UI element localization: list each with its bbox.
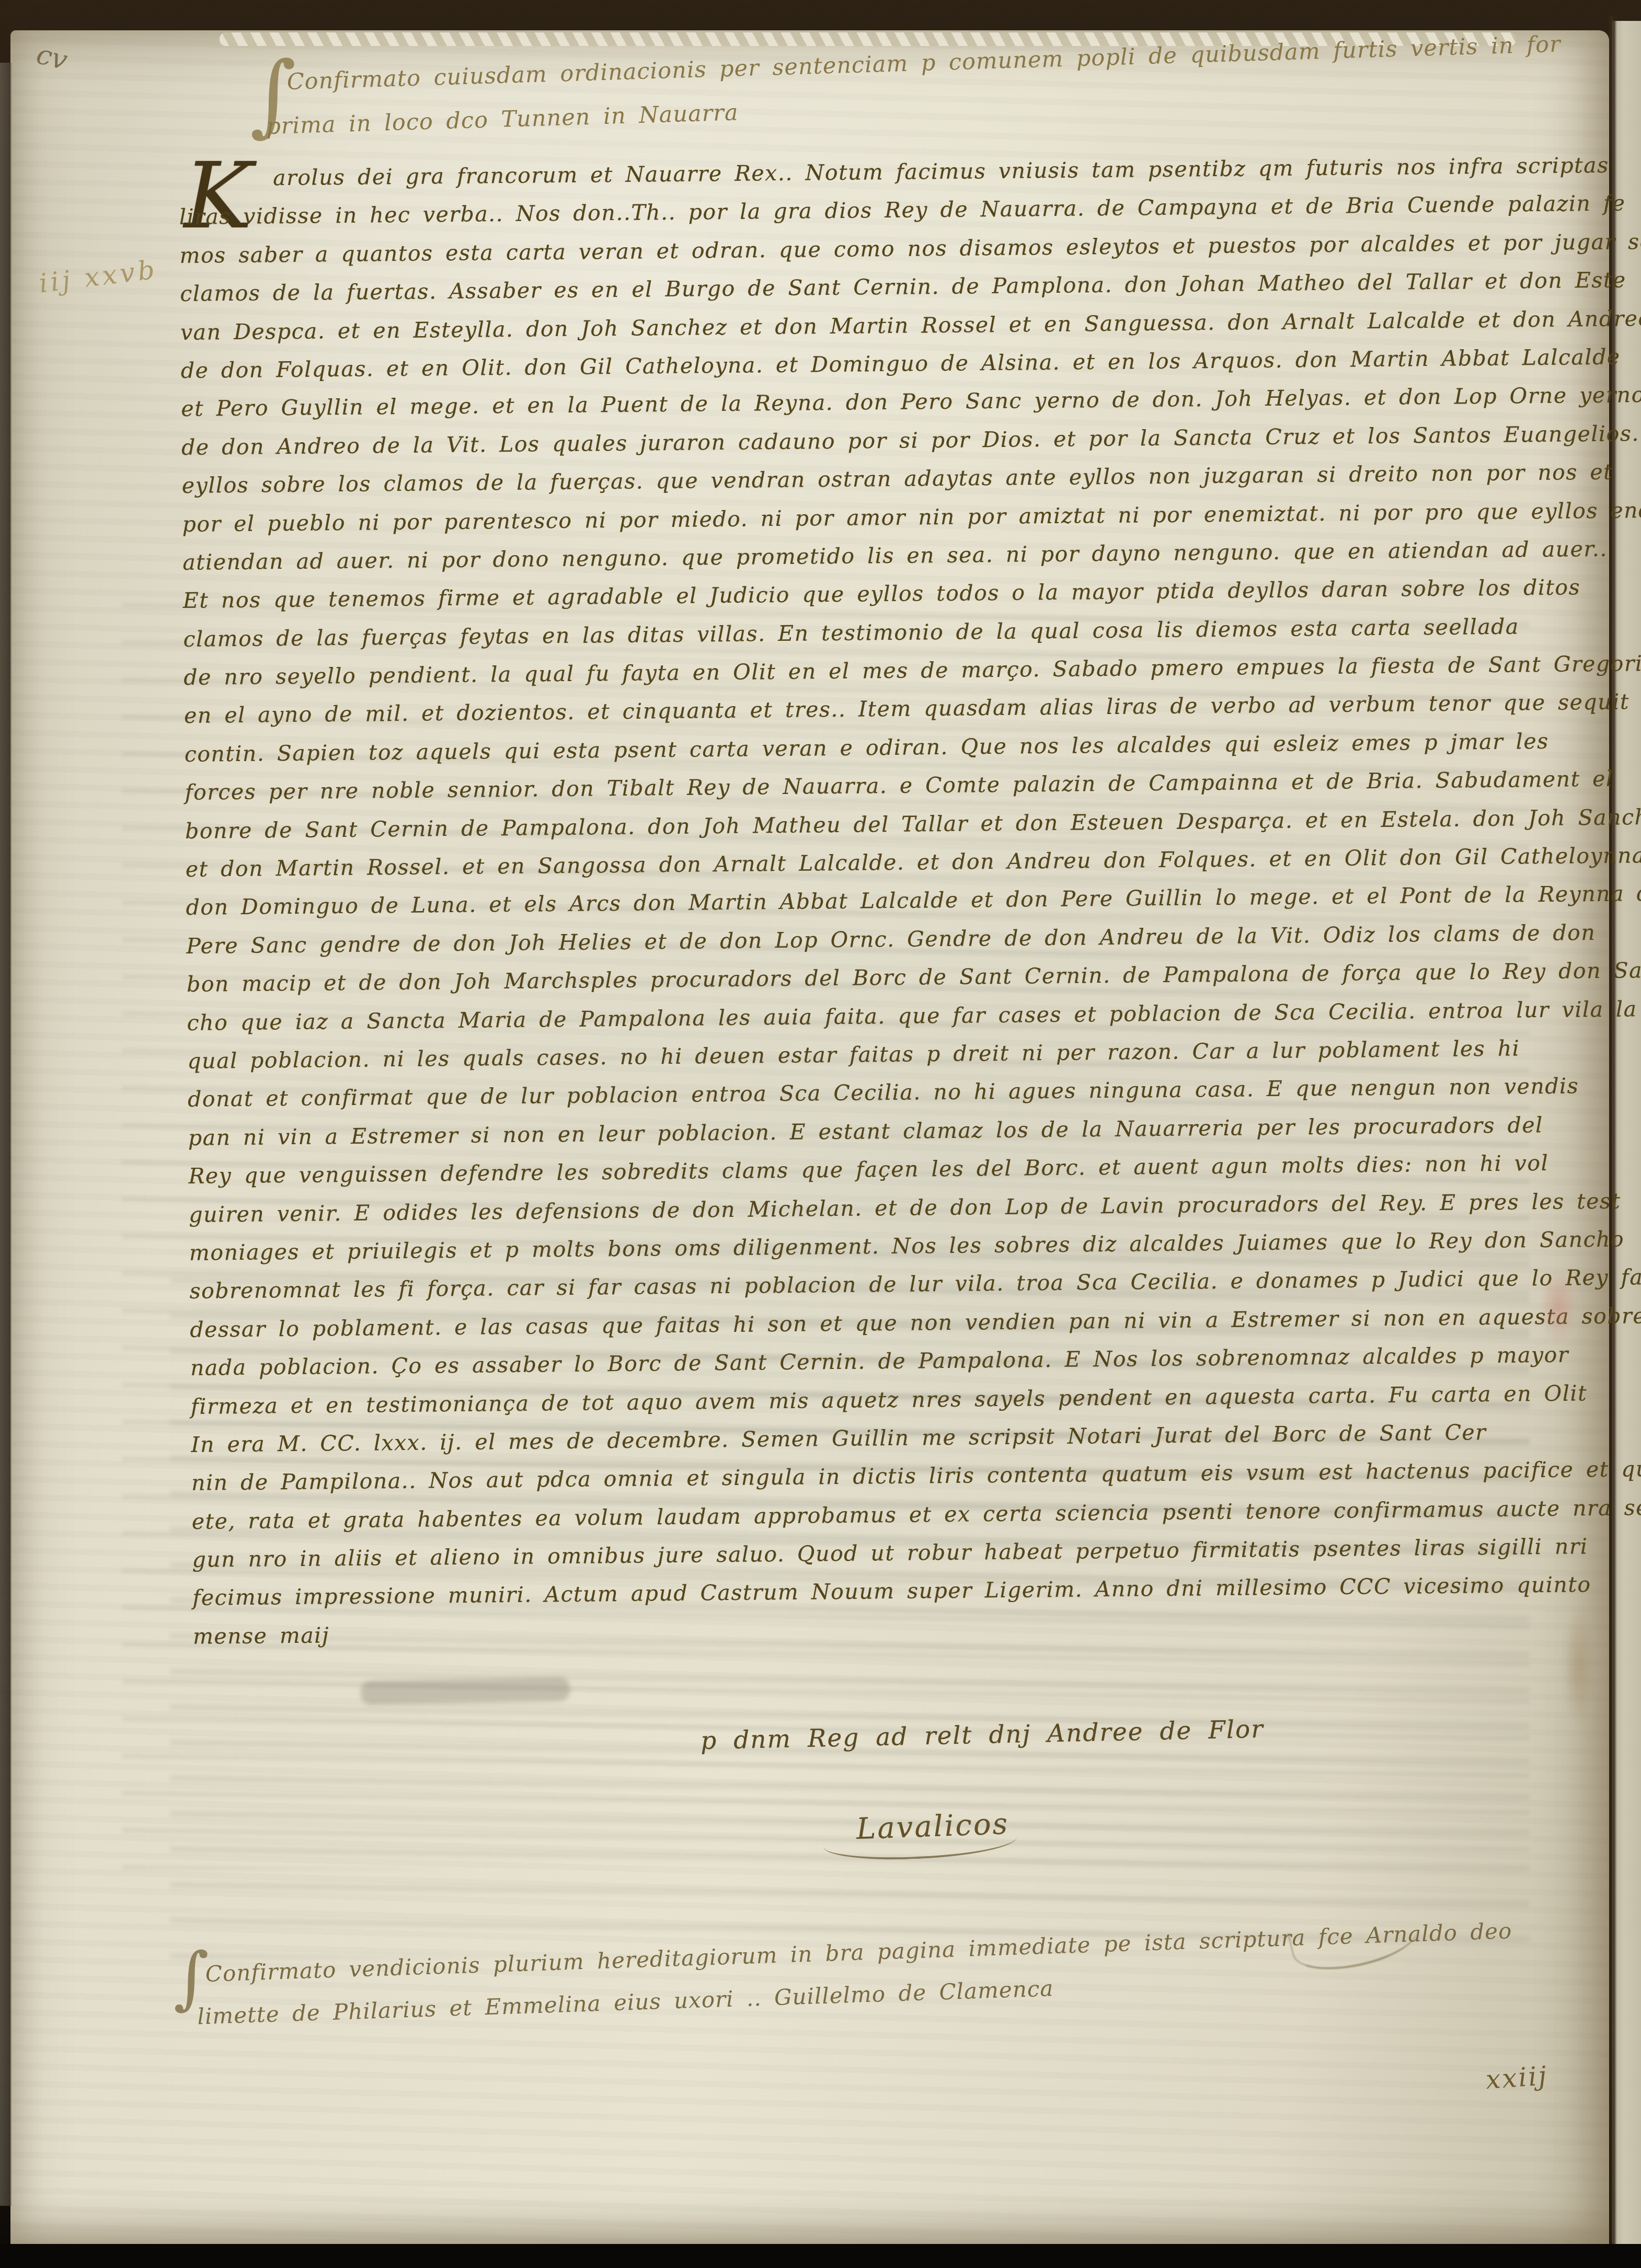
- pink-stain: [1540, 1270, 1577, 1343]
- paraph-icon-bottom: ∫: [174, 1943, 209, 2011]
- erasure-smudge: [361, 1677, 570, 1705]
- scan-bottom-strip: [0, 2244, 1641, 2268]
- brown-stain: [1563, 1610, 1594, 1725]
- folio-number: xxiij: [1485, 2060, 1549, 2095]
- page-left-edge: [0, 63, 12, 2206]
- body-text: arolus dei gra francorum et Nauarre Rex.…: [179, 153, 1615, 1662]
- scan-backdrop: cv iij xxvb ∫ Confirmato cuiusdam ordina…: [0, 0, 1641, 2268]
